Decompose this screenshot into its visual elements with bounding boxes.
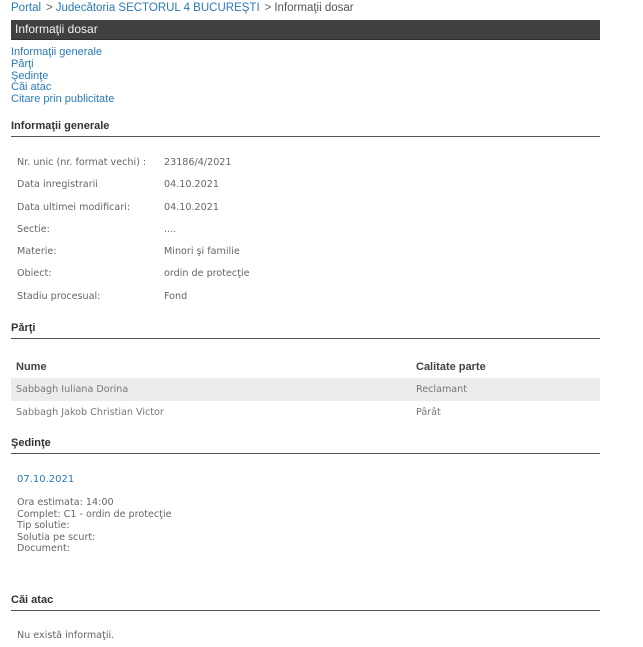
anchor-link-public-summons[interactable]: Citare prin publicitate xyxy=(11,94,114,106)
section-title-parties: Părţi xyxy=(11,322,600,339)
breadcrumb-separator: > xyxy=(46,2,53,14)
section-title-appeals: Căi atac xyxy=(11,594,600,611)
session-document: Document: xyxy=(17,543,172,555)
party-role: Reclamant xyxy=(411,378,600,401)
field-label: Stadiu procesual: xyxy=(17,291,100,302)
field-label: Data inregistrarii xyxy=(17,179,98,190)
session-solution-type: Tip solutie: xyxy=(17,520,172,532)
field-value: 23186/4/2021 xyxy=(164,157,232,168)
column-header-role: Calitate parte xyxy=(411,355,600,378)
breadcrumb-court-link[interactable]: Judecătoria SECTORUL 4 BUCUREŞTI xyxy=(56,2,260,14)
breadcrumb: Portal>Judecătoria SECTORUL 4 BUCUREŞTI>… xyxy=(11,2,354,14)
breadcrumb-portal-link[interactable]: Portal xyxy=(11,2,41,14)
field-value: 04.10.2021 xyxy=(164,202,219,213)
table-row: Sabbagh Jakob Christian Victor Pârât xyxy=(11,401,600,424)
table-row: Sabbagh Iuliana Dorina Reclamant xyxy=(11,378,600,401)
field-value: Fond xyxy=(164,291,187,302)
field-label: Sectie: xyxy=(17,224,50,235)
session-details: Ora estimata: 14:00 Complet: C1 - ordin … xyxy=(17,497,172,555)
party-name: Sabbagh Jakob Christian Victor xyxy=(11,401,411,424)
session-solution-summary: Solutia pe scurt: xyxy=(17,532,172,544)
section-title-general-info: Informaţii generale xyxy=(11,120,600,137)
party-role: Pârât xyxy=(411,401,600,424)
field-value: Minori şi familie xyxy=(164,246,240,257)
field-label: Nr. unic (nr. format vechi) : xyxy=(17,157,146,168)
column-header-name: Nume xyxy=(11,355,411,378)
field-value: 04.10.2021 xyxy=(164,179,219,190)
anchor-link-parties[interactable]: Părţi xyxy=(11,59,114,71)
section-title-sessions: Şedinţe xyxy=(11,437,600,454)
table-header-row: Nume Calitate parte xyxy=(11,355,600,378)
section-anchor-nav: Informaţii generale Părţi Şedinţe Căi at… xyxy=(11,47,114,106)
breadcrumb-separator: > xyxy=(265,2,272,14)
page-header-bar: Informaţii dosar xyxy=(11,20,600,40)
parties-table: Nume Calitate parte Sabbagh Iuliana Dori… xyxy=(11,355,600,424)
field-label: Materie: xyxy=(17,246,57,257)
breadcrumb-current: Informaţii dosar xyxy=(274,2,353,14)
session-estimated-time: Ora estimata: 14:00 xyxy=(17,497,172,509)
appeals-empty-message: Nu există informaţii. xyxy=(17,630,114,641)
party-name: Sabbagh Iuliana Dorina xyxy=(11,378,411,401)
field-value: .... xyxy=(164,224,176,235)
field-label: Obiect: xyxy=(17,268,51,279)
field-value: ordin de protecţie xyxy=(164,268,250,279)
session-panel: Complet: C1 - ordin de protecţie xyxy=(17,509,172,521)
field-label: Data ultimei modificari: xyxy=(17,202,130,213)
session-date: 07.10.2021 xyxy=(17,474,74,485)
page-title: Informaţii dosar xyxy=(15,22,98,36)
